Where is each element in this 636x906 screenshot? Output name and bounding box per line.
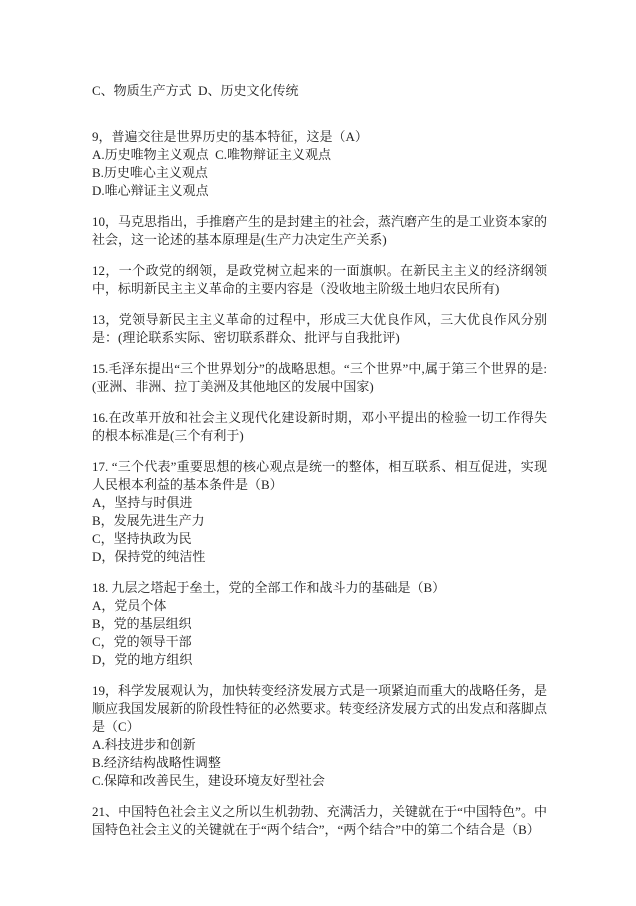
question-15-stem: 15.毛泽东提出“三个世界划分”的战略思想。“三个世界”中,属于第三个世界的是:… [92,360,547,396]
question-18-option-d: D，党的地方组织 [92,651,547,669]
question-12: 12，一个政党的纲领，是政党树立起来的一面旗帜。在新民主主义的经济纲领中，标明新… [92,262,547,298]
question-18-option-c: C，党的领导干部 [92,633,547,651]
question-10: 10，马克思指出，手推磨产生的是封建主的社会，蒸汽磨产生的是工业资本家的社会，这… [92,213,547,249]
question-19: 19，科学发展观认为，加快转变经济发展方式是一项紧迫而重大的战略任务，是顺应我国… [92,682,547,790]
question-17-option-c: C，坚持执政为民 [92,530,547,548]
question-13: 13，党领导新民主主义革命的过程中，形成三大优良作风，三大优良作风分别是：(理论… [92,311,547,347]
question-8-options-line: C、物质生产方式 D、历史文化传统 [92,82,547,100]
document-page: C、物质生产方式 D、历史文化传统 9，普遍交往是世界历史的基本特征，这是（A）… [0,0,636,906]
question-18-stem: 18. 九层之塔起于垒土，党的全部工作和战斗力的基础是（B） [92,579,547,597]
question-9-option-d: D.唯心辩证主义观点 [92,182,547,200]
question-19-option-c: C.保障和改善民生，建设环境友好型社会 [92,772,547,790]
question-9-option-ac: A.历史唯物主义观点 C.唯物辩证主义观点 [92,146,547,164]
question-17-option-a: A，坚持与时俱进 [92,494,547,512]
question-9-stem: 9，普遍交往是世界历史的基本特征，这是（A） [92,128,547,146]
question-18-option-a: A，党员个体 [92,597,547,615]
question-17-option-d: D，保持党的纯洁性 [92,548,547,566]
question-21: 21、中国特色社会主义之所以生机勃勃、充满活力，关键就在于“中国特色”。中国特色… [92,803,547,839]
question-12-stem: 12，一个政党的纲领，是政党树立起来的一面旗帜。在新民主主义的经济纲领中，标明新… [92,262,547,298]
question-15: 15.毛泽东提出“三个世界划分”的战略思想。“三个世界”中,属于第三个世界的是:… [92,360,547,396]
question-9-option-b: B.历史唯心主义观点 [92,164,547,182]
question-19-stem: 19，科学发展观认为，加快转变经济发展方式是一项紧迫而重大的战略任务，是顺应我国… [92,682,547,736]
question-18: 18. 九层之塔起于垒土，党的全部工作和战斗力的基础是（B） A，党员个体 B，… [92,579,547,669]
question-16: 16.在改革开放和社会主义现代化建设新时期，邓小平提出的检验一切工作得失的根本标… [92,409,547,445]
question-9: 9，普遍交往是世界历史的基本特征，这是（A） A.历史唯物主义观点 C.唯物辩证… [92,128,547,200]
question-17: 17. “三个代表”重要思想的核心观点是统一的整体，相互联系、相互促进，实现人民… [92,458,547,566]
question-21-stem: 21、中国特色社会主义之所以生机勃勃、充满活力，关键就在于“中国特色”。中国特色… [92,803,547,839]
question-10-stem: 10，马克思指出，手推磨产生的是封建主的社会，蒸汽磨产生的是工业资本家的社会，这… [92,213,547,249]
question-19-option-b: B.经济结构战略性调整 [92,754,547,772]
question-17-option-b: B，发展先进生产力 [92,512,547,530]
question-19-option-a: A.科技进步和创新 [92,736,547,754]
question-17-stem: 17. “三个代表”重要思想的核心观点是统一的整体，相互联系、相互促进，实现人民… [92,458,547,494]
question-8-options-tail: C、物质生产方式 D、历史文化传统 [92,82,547,100]
question-18-option-b: B，党的基层组织 [92,615,547,633]
question-13-stem: 13，党领导新民主主义革命的过程中，形成三大优良作风，三大优良作风分别是：(理论… [92,311,547,347]
question-16-stem: 16.在改革开放和社会主义现代化建设新时期，邓小平提出的检验一切工作得失的根本标… [92,409,547,445]
